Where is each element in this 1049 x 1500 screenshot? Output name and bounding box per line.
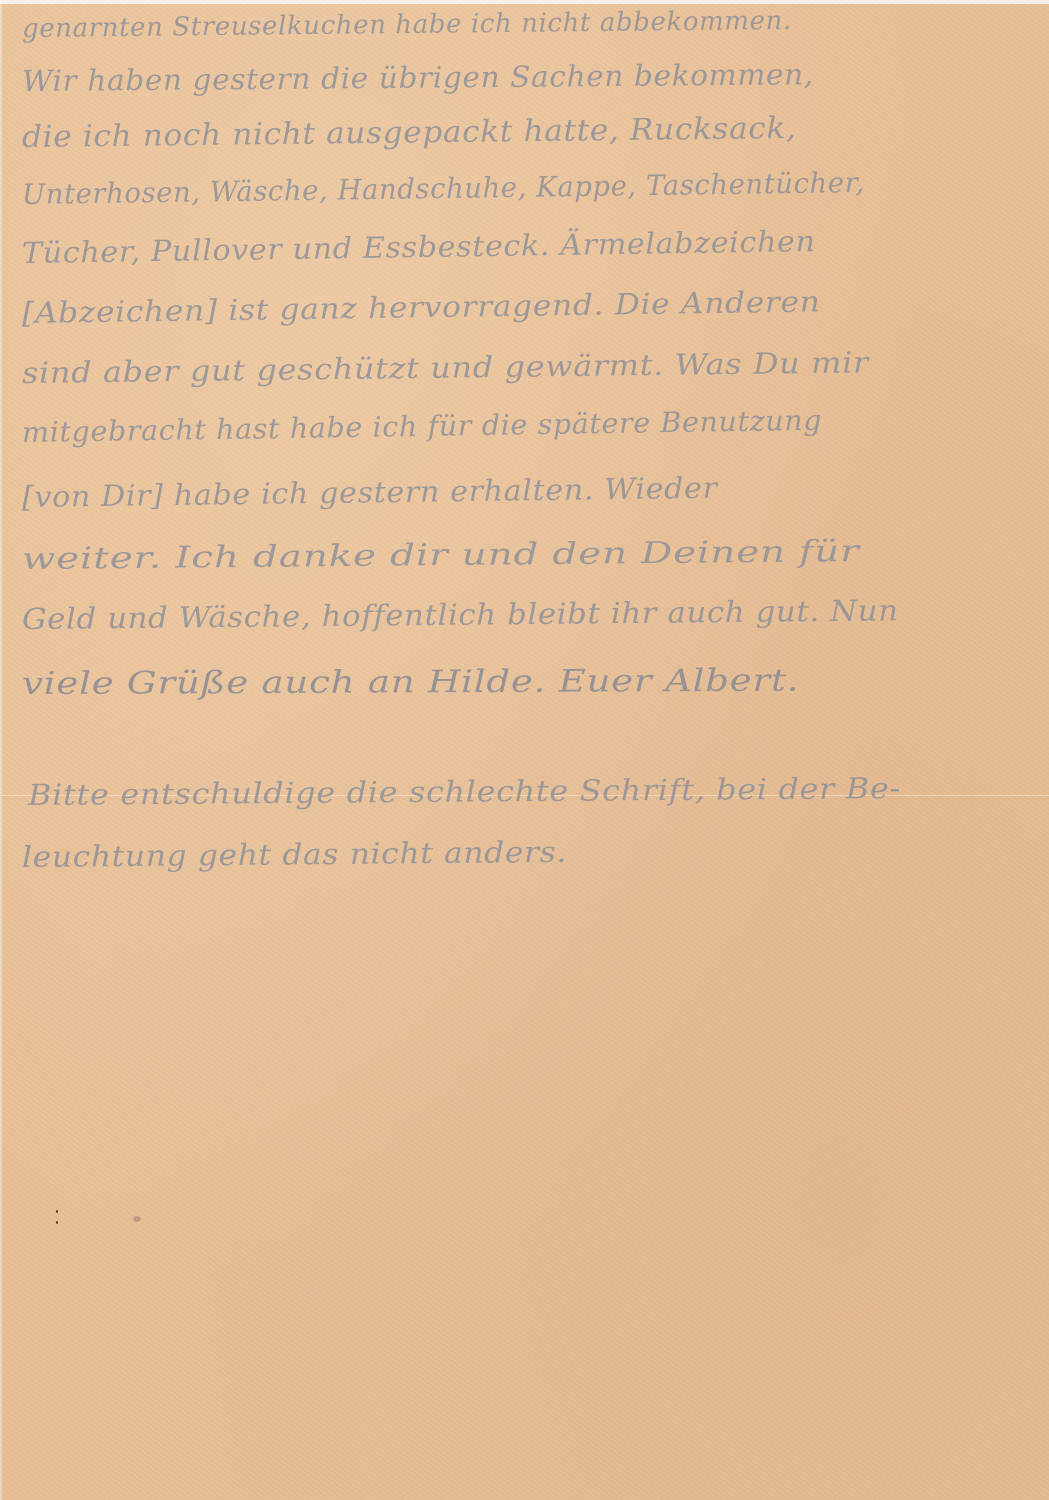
postscript-line-1: Bitte entschuldige die schlechte Schrift… [28, 771, 901, 812]
letter-line-12-signature: viele Grüße auch an Hilde. Euer Albert. [22, 663, 799, 702]
letter-line-5: Tücher, Pullover und Essbesteck. Ärmelab… [22, 224, 816, 270]
postscript-line-2: leuchtung geht das nicht anders. [22, 835, 567, 874]
letter-line-8: mitgebracht hast habe ich für die später… [22, 404, 823, 449]
letter-line-9: [von Dir] habe ich gestern erhalten. Wie… [22, 471, 718, 514]
paper-speck [56, 1221, 58, 1224]
letter-line-1: genarnten Streuselkuchen habe ich nicht … [22, 6, 792, 44]
scan-top-edge [0, 0, 1049, 4]
letter-line-2: Wir haben gestern die übrigen Sachen bek… [22, 57, 814, 98]
letter-page: genarnten Streuselkuchen habe ich nicht … [0, 0, 1049, 1500]
letter-line-4: Unterhosen, Wäsche, Handschuhe, Kappe, T… [22, 166, 865, 211]
letter-line-6: [Abzeichen] ist ganz hervorragend. Die A… [22, 284, 821, 330]
letter-line-10: weiter. Ich danke dir und den Deinen für [22, 534, 860, 577]
paper-smudge [133, 1216, 141, 1222]
letter-line-11: Geld und Wäsche, hoffentlich bleibt ihr … [22, 593, 899, 636]
letter-line-3: die ich noch nicht ausgepackt hatte, Ruc… [22, 111, 797, 155]
scan-left-edge [0, 0, 2, 1500]
paper-speck [56, 1210, 58, 1213]
letter-line-7: sind aber gut geschützt und gewärmt. Was… [22, 345, 869, 390]
